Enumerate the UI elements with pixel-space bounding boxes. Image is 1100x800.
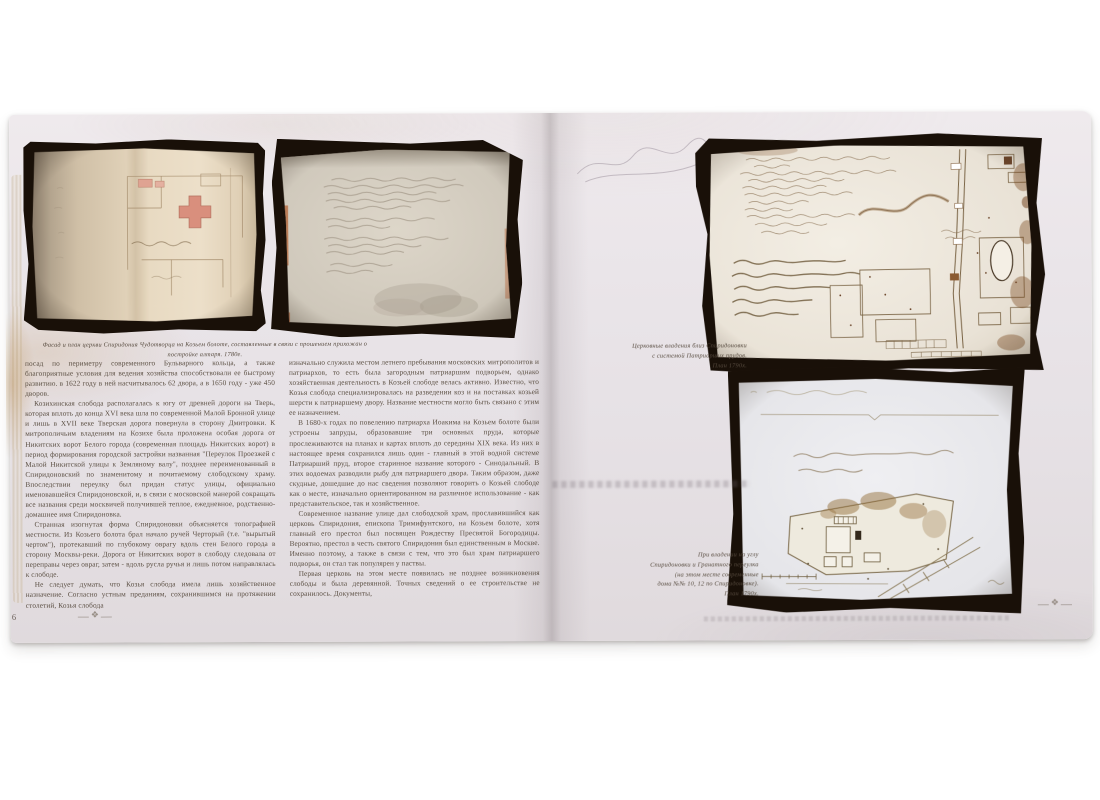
page-left: Фасад и план церкви Спиридония Чудотворц…	[9, 113, 552, 643]
book-spread: Фасад и план церкви Спиридония Чудотворц…	[9, 111, 1093, 643]
text-column-1: посад по периметру современного Бульварн…	[25, 358, 276, 619]
photo-sloboda-plan	[695, 131, 1047, 378]
photo-sloboda-plan-image	[708, 142, 1034, 364]
paragraph: Современное название улице дал слободско…	[289, 508, 539, 569]
photo-manuscript-document	[271, 139, 523, 338]
paragraph: Козихинская слобода располагалась к югу …	[25, 398, 275, 520]
paragraph: В 1680-х годах по повелению патриарха Ио…	[289, 417, 539, 508]
paragraph: посад по периметру современного Бульварн…	[25, 358, 275, 399]
bleed-through-line	[704, 615, 1009, 621]
photo-church-plan-image	[32, 148, 257, 322]
photo-church-plan-book	[23, 139, 266, 334]
fleuron-ornament-icon: ❖	[91, 611, 99, 621]
body-text-columns: посад по периметру современного Бульварн…	[25, 357, 540, 619]
sloboda-plan-drawing	[708, 142, 1034, 364]
plot-plan-drawing	[738, 378, 1013, 600]
text-column-2: изначально служила местом летнего пребыв…	[289, 357, 540, 618]
paragraph: Странная изогнутая форма Спиридоновки об…	[25, 519, 275, 580]
fleuron-ornament-icon: ❖	[1051, 598, 1059, 608]
photo-plot-plan	[727, 366, 1025, 613]
page-number: 6	[12, 612, 16, 622]
paragraph: изначально служила местом летнего пребыв…	[289, 357, 539, 418]
photo-plot-plan-image	[738, 378, 1013, 600]
paragraph: Не следует думать, что Козья слобода име…	[26, 579, 276, 610]
paragraph: Первая церковь на этом месте появилась н…	[290, 568, 540, 599]
old-plan-drawing	[32, 148, 257, 322]
photo-caption-right-top: Церковные владения близ Спиридоновки с с…	[585, 341, 747, 371]
photo-manuscript-image	[281, 149, 512, 328]
manuscript-drawing	[281, 149, 512, 328]
photo-caption-right-bottom: При владении на углу Спиридоновки и Гран…	[611, 550, 759, 599]
